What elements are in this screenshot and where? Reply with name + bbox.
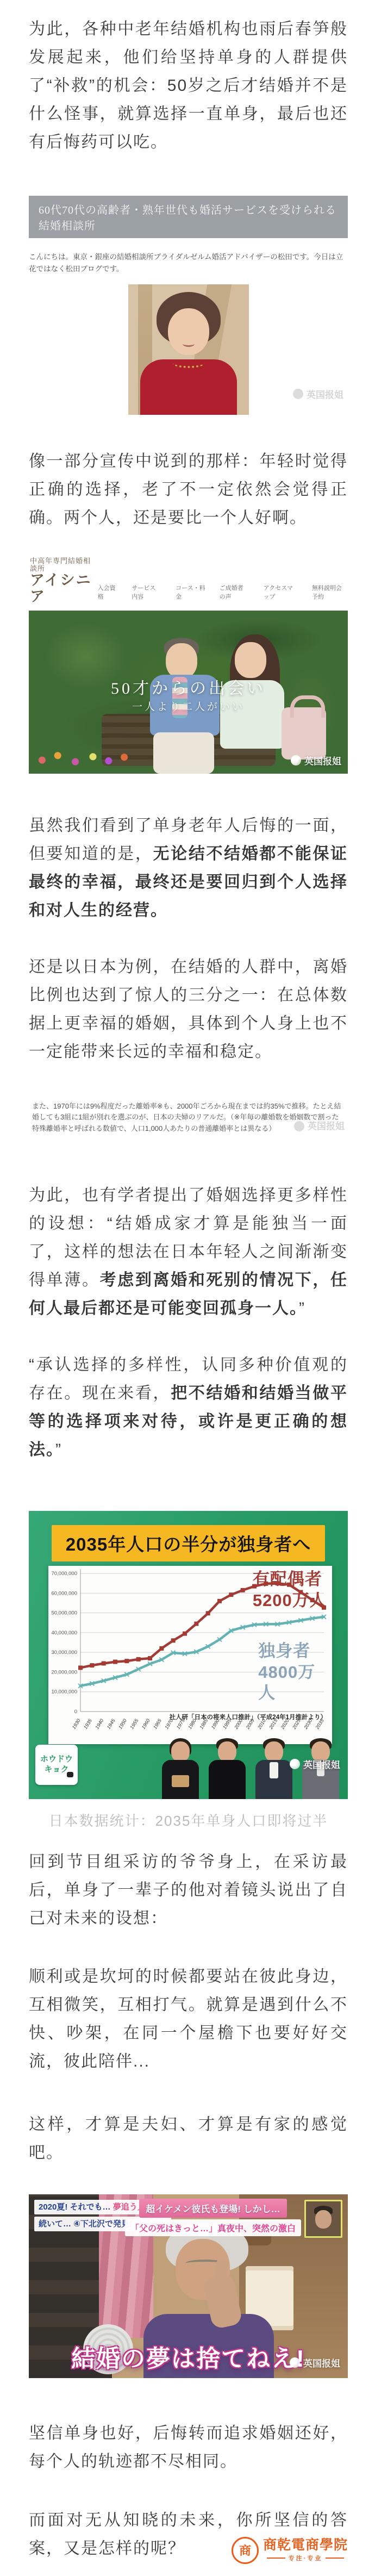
svg-text:1930: 1930 <box>71 1718 82 1730</box>
advisor-smile <box>183 341 195 347</box>
svg-text:10,000,000: 10,000,000 <box>51 1689 77 1695</box>
watermark-badge: 英国报姐 <box>291 754 341 767</box>
legend-married: 有配偶者 5200万人 <box>253 1569 327 1611</box>
panelist-head <box>265 1741 283 1762</box>
studio-inset-frame <box>304 2200 342 2238</box>
svg-text:30,000,000: 30,000,000 <box>51 1650 77 1656</box>
paragraph-5: 为此，也有学者提出了婚姻选择更多样性的设想：“结婚成家才算是能独当一面了，这样的… <box>29 1181 348 1323</box>
panelist-2 <box>208 1738 247 1799</box>
site-logo: 中高年専門結婚相談所 アイシニア <box>30 557 98 605</box>
advisor-necklace <box>173 358 204 368</box>
paragraph-9: 这样，才算是夫妇、才算是有家的感觉吧。 <box>29 2111 348 2167</box>
chat-bubble-icon <box>290 1759 300 1769</box>
svg-text:50,000,000: 50,000,000 <box>51 1610 77 1616</box>
article-page: 为此，各种中老年结婚机构也雨后春笋般发展起来，他们给坚持单身的人群提供了“补救”… <box>0 0 375 2576</box>
legend-single: 独身者 4800万人 <box>258 1641 332 1704</box>
advisor-photo <box>128 284 249 415</box>
image-caption: 日本数据统计：2035年单身人口即将过半 <box>29 1810 348 1832</box>
blog-banner-title: 60代70代の高齢者・熟年世代も婚活サービスを受けられる結婚相談所 <box>29 196 348 238</box>
watermark-text: 英国报姐 <box>303 2356 340 2369</box>
paragraph-5-end: ” <box>299 1299 305 1317</box>
svg-text:1935: 1935 <box>83 1718 93 1730</box>
paragraph-1: 为此，各种中老年结婚机构也雨后春笋般发展起来，他们给坚持单身的人群提供了“补救”… <box>29 15 348 157</box>
watermark-badge: 英国报姐 <box>290 1757 340 1771</box>
chart-title-banner: 2035年人口の半分が独身者へ <box>52 1525 325 1561</box>
woman-face <box>235 642 266 678</box>
nav-item-admission: 入会資格 <box>98 583 118 601</box>
svg-text:40,000,000: 40,000,000 <box>51 1630 77 1636</box>
nav-item-services: サービス内容 <box>132 583 161 601</box>
nav-item-testimonials: ご成婚者の声 <box>220 583 249 601</box>
site-logo-main: アイシニア <box>30 573 98 605</box>
tv-chart-screenshot: 2035年人口の半分が独身者へ 010,000,00020,000,00030,… <box>29 1511 348 1799</box>
svg-text:1965: 1965 <box>152 1718 163 1730</box>
panelist-body <box>209 1760 246 1799</box>
svg-text:1940: 1940 <box>94 1718 104 1730</box>
legend-single-label: 独身者 <box>258 1641 332 1662</box>
publisher-seal-icon: 商 <box>232 2537 259 2564</box>
legend-married-label: 有配偶者 <box>253 1569 327 1590</box>
site-hero-image: 50才からの出会い 一人より二人がいい 英国报姐 <box>29 611 348 774</box>
houdoukyoku-logo: ホウドウ キョク <box>35 1745 78 1785</box>
panelist-3 <box>254 1738 293 1799</box>
paragraph-6-end: ” <box>55 1441 62 1459</box>
houdou-logo-line2: キョク <box>44 1765 68 1775</box>
chyron-right-line1: 超イケメン彼氏も登場! しかし… <box>139 2199 286 2218</box>
hero-subslogan: 一人より二人がいい <box>29 699 348 713</box>
watermark-badge: 英国报姐 <box>290 2356 340 2369</box>
nav-item-access-map: アクセスマップ <box>264 583 298 601</box>
paragraph-10: 坚信单身也好，后悔转而追求婚姻还好，每个人的轨迹都不尽相同。 <box>29 2419 348 2476</box>
advisor-face <box>168 308 209 355</box>
pink-handbag <box>282 707 326 760</box>
site-header: 中高年専門結婚相談所 アイシニア 入会資格 サービス内容 コース・料金 ご成婚者… <box>29 554 348 611</box>
watermark-text: 英国报姐 <box>308 1119 345 1134</box>
site-nav: 入会資格 サービス内容 コース・料金 ご成婚者の声 アクセスマップ 無料説明会予… <box>98 583 347 605</box>
chyron-top-right: 超イケメン彼氏も登場! しかし… 「父の死はきっと…」真夜中、突然の激白 <box>125 2199 301 2236</box>
svg-text:1955: 1955 <box>129 1718 140 1730</box>
chat-bubble-icon <box>293 389 303 399</box>
svg-text:1945: 1945 <box>106 1718 117 1730</box>
chyron-right-line2: 「父の死はきっと…」真夜中、突然の激白 <box>125 2219 301 2236</box>
chart-panel: 010,000,00020,000,00030,000,00040,000,00… <box>48 1566 332 1744</box>
publisher-name: 商乾電商學院 <box>263 2538 348 2553</box>
chat-bubble-icon <box>291 755 301 766</box>
houdou-logo-line1: ホウドウ <box>40 1755 73 1764</box>
svg-text:1960: 1960 <box>141 1718 151 1730</box>
paragraph-3: 虽然我们看到了单身老年人后悔的一面，但要知道的是，无论结不结婚都不能保证最终的幸… <box>29 812 348 925</box>
chat-bubble-icon <box>290 2357 300 2368</box>
svg-text:60,000,000: 60,000,000 <box>51 1590 77 1596</box>
svg-text:0: 0 <box>74 1709 77 1715</box>
hero-slogan: 50才からの出会い <box>29 675 348 699</box>
tv-interview-screenshot: 2020夏! それでも… 夢追う人5連発 続いて… ④下北沢で発見! 青学美女 … <box>29 2194 348 2378</box>
watermark-badge: 英国报姐 <box>294 1119 345 1134</box>
flower-bed <box>34 748 132 770</box>
man-white-pants <box>153 732 214 774</box>
watermark-text: 英国报姐 <box>303 1757 340 1771</box>
inset-face <box>315 2210 332 2229</box>
chat-bubble-icon <box>294 1121 304 1131</box>
chart-source: 社人研「日本の将来人口推計」（平成24年1月推計より） <box>170 1713 327 1721</box>
legend-single-value: 4800万人 <box>258 1662 332 1704</box>
japanese-quote: また、1970年には9%程度だった離婚率※も、2000年ごろから現在までは約35… <box>32 1101 345 1135</box>
blog-screenshot: 60代70代の高齢者・熟年世代も婚活サービスを受けられる結婚相談所 こんにちは。… <box>29 196 348 415</box>
panelist-1 <box>161 1738 200 1799</box>
legend-married-value: 5200万人 <box>253 1590 327 1611</box>
nav-item-free-session: 無料説明会予約 <box>312 583 347 601</box>
nav-item-pricing: コース・料金 <box>176 583 205 601</box>
site-logo-subtitle: 中高年専門結婚相談所 <box>30 557 98 573</box>
panelist-head <box>218 1741 236 1762</box>
blog-body-text: こんにちは。東京・銀座の結婚相談所ブライダルゼルム婚活アドバイザーの松田です。今… <box>29 251 348 276</box>
publisher-tagline: 专注·专业 <box>267 2554 345 2562</box>
svg-text:20,000,000: 20,000,000 <box>51 1669 77 1675</box>
publisher-text: 商乾電商學院 专注·专业 <box>263 2538 348 2562</box>
man-face <box>166 643 197 679</box>
chyron-2a: 続いて… ④下北沢で発見! <box>39 2219 132 2229</box>
paragraph-7: 回到节目组采访的爷爷身上，在采访最后，单身了一辈子的他对着镜头说出了自己对未来的… <box>29 1848 348 1933</box>
panelist-body <box>255 1760 292 1799</box>
watermark-text: 英国报姐 <box>307 387 343 401</box>
watermark-badge: 英国报姐 <box>293 387 343 401</box>
panelist-head <box>171 1741 190 1762</box>
paragraph-2: 像一部分宣传中说到的那样：年轻时觉得正确的选择，老了不一定依然会觉得正确。两个人… <box>29 447 348 532</box>
svg-text:1950: 1950 <box>117 1718 128 1730</box>
chyron-1a: 2020夏! それでも… <box>39 2202 111 2212</box>
paragraph-8: 顺利或是坎坷的时候都要站在彼此身边，互相微笑，互相打气。就算是遇到什么不快、吵架… <box>29 1963 348 2076</box>
svg-text:70,000,000: 70,000,000 <box>51 1571 77 1577</box>
publisher-logo: 商 商乾電商學院 专注·专业 <box>232 2537 348 2564</box>
watermark-text: 英国报姐 <box>304 754 341 767</box>
paragraph-4: 还是以日本为例，在结婚的人群中，离婚比例也达到了惊人的三分之一：在总体数据上更幸… <box>29 953 348 1066</box>
paragraph-6: “承认选择的多样性，认同多种价值观的存在。现在来看，把不结婚和结婚当做平等的选择… <box>29 1351 348 1464</box>
panelist-body <box>162 1760 199 1799</box>
matchmaking-site-screenshot: 中高年専門結婚相談所 アイシニア 入会資格 サービス内容 コース・料金 ご成婚者… <box>29 554 348 774</box>
